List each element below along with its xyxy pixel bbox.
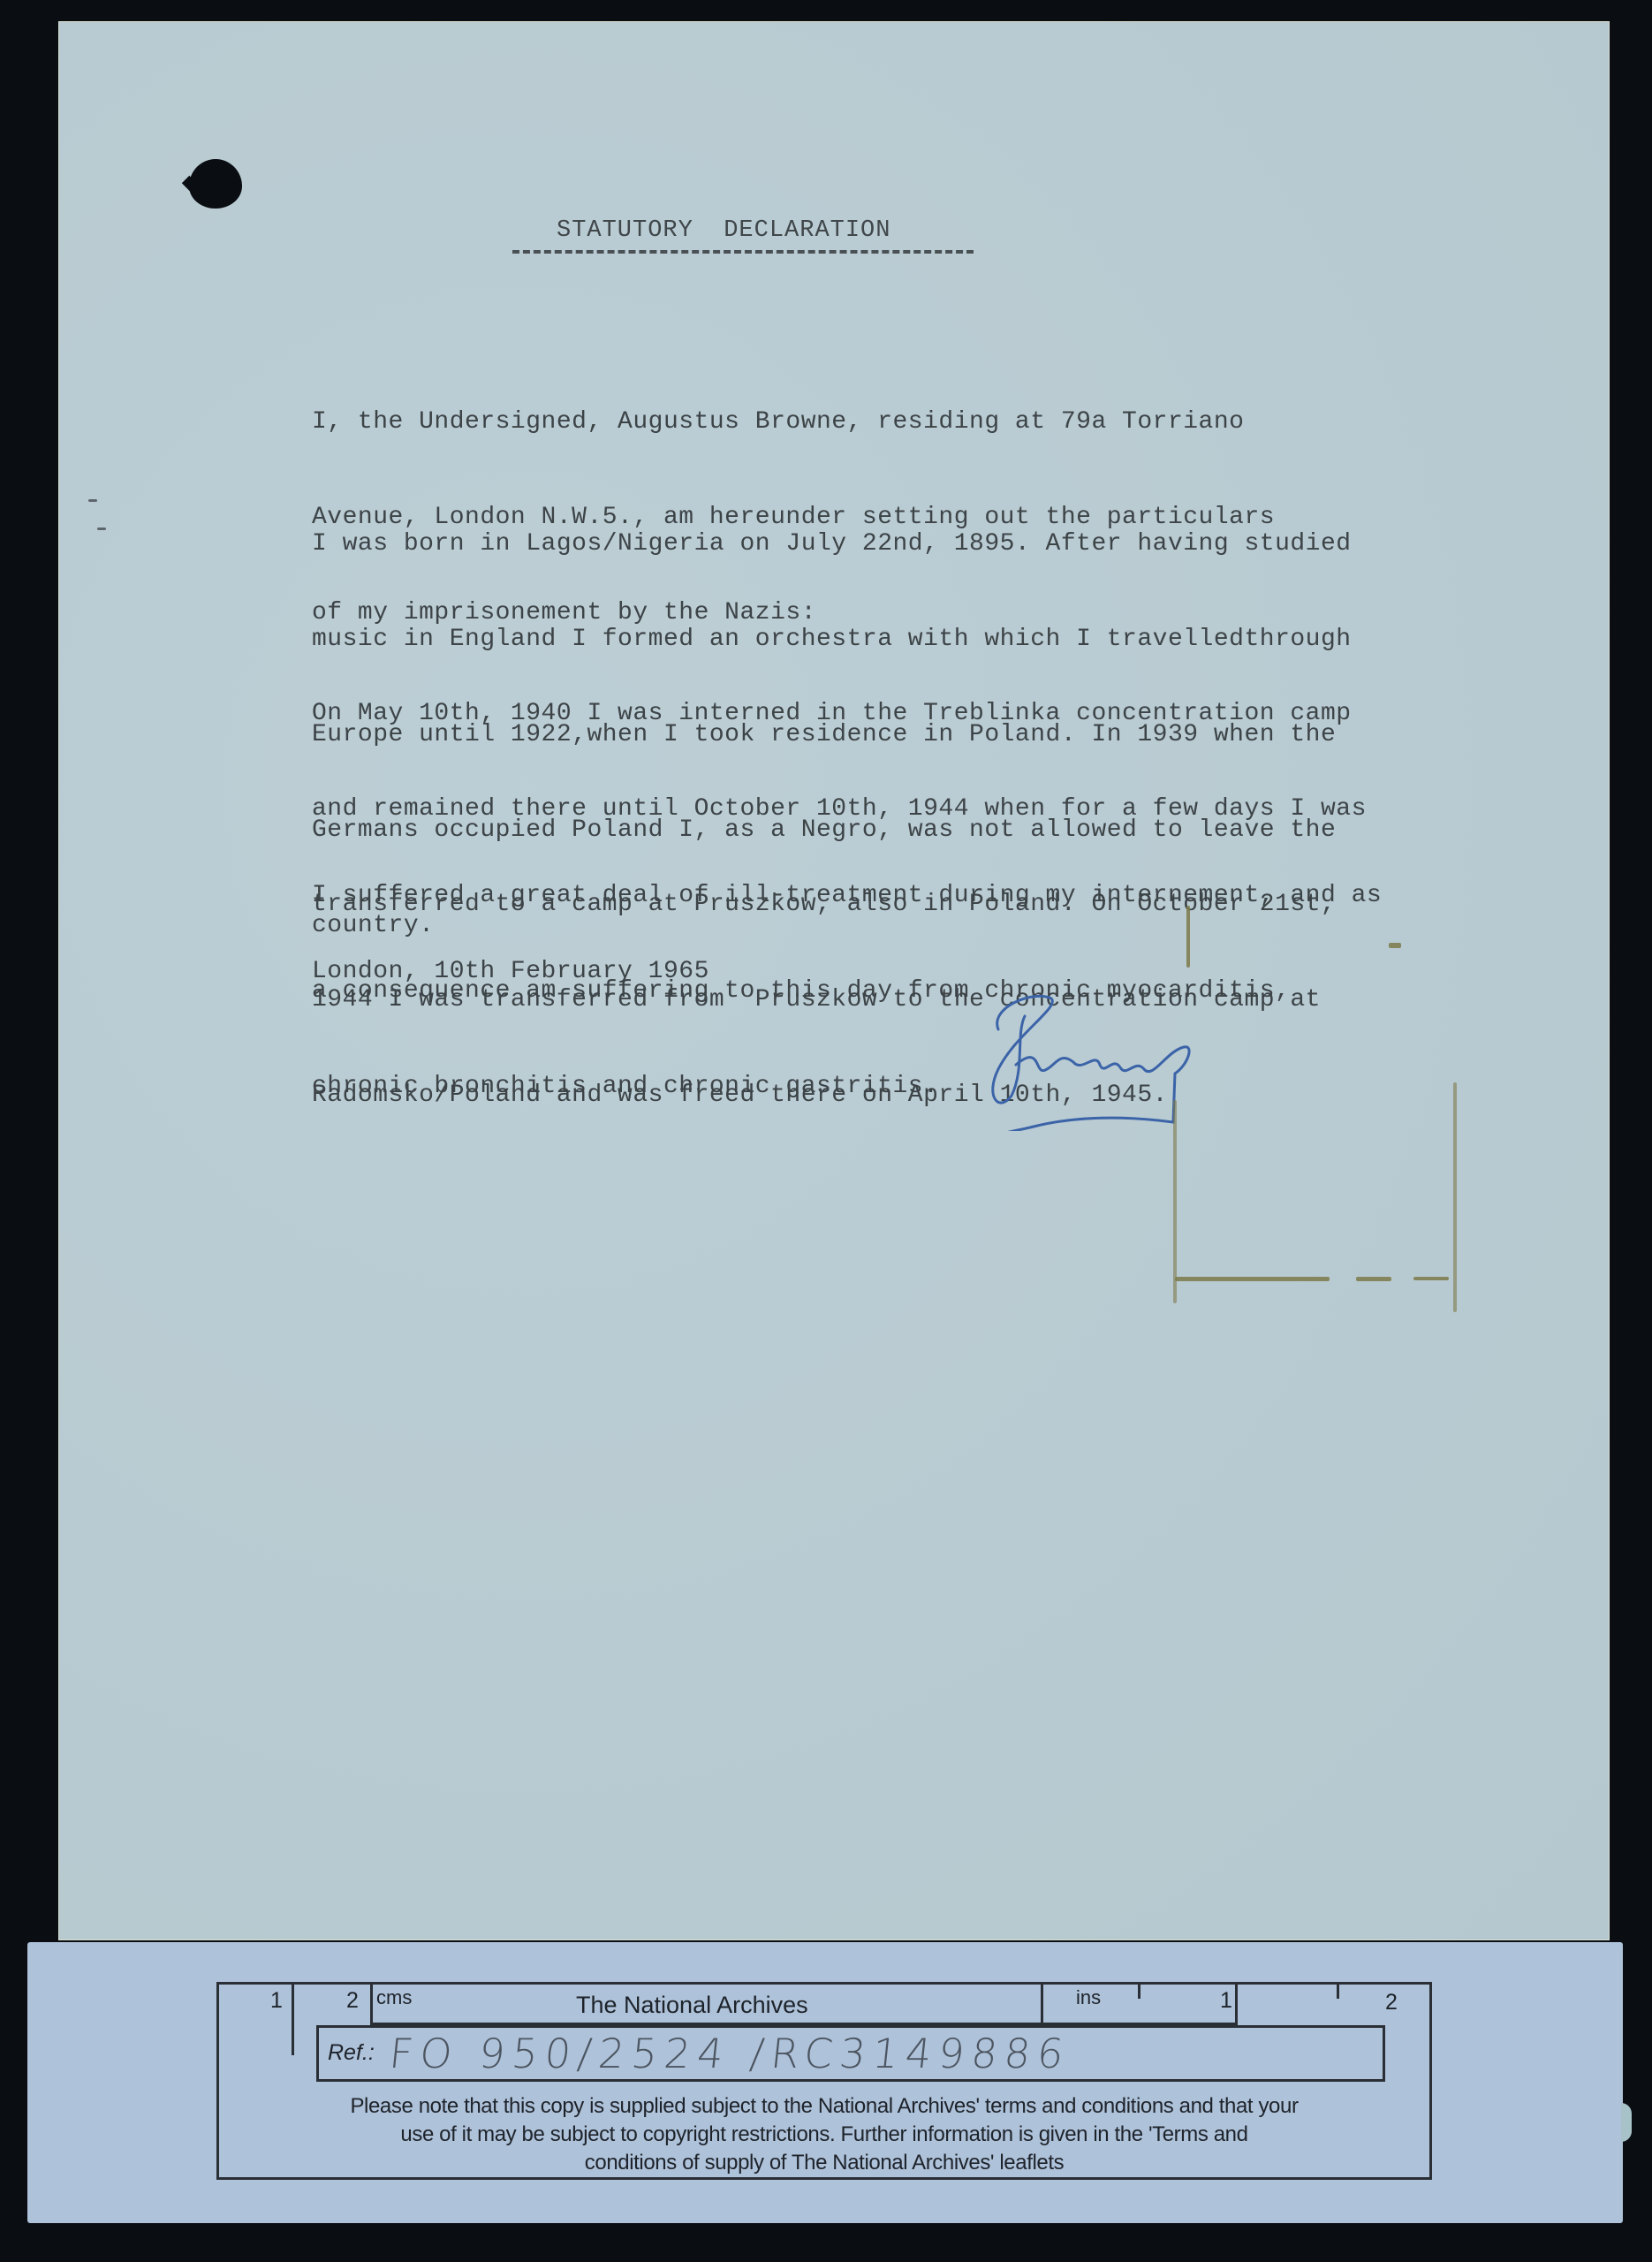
stain-mark: [1356, 1277, 1391, 1281]
ref-label: Ref.:: [328, 2040, 375, 2066]
stain-mark: [1175, 1277, 1330, 1281]
signature: [963, 981, 1246, 1131]
text-line: I was born in Lagos/Nigeria on July 22nd…: [312, 528, 1352, 560]
margin-mark: [88, 499, 97, 502]
institution-name: The National Archives: [576, 1992, 808, 2019]
stain-mark: [1389, 943, 1401, 948]
title-underline: [512, 250, 974, 254]
cm-scale-2: 2: [346, 1988, 359, 2014]
scale-tick: [1337, 1985, 1339, 1999]
ref-value: FO 950/2524 /RC3149886: [387, 2030, 1072, 2077]
document-title: STATUTORY DECLARATION: [557, 217, 890, 244]
margin-mark: [97, 528, 106, 530]
stain-mark: [1186, 906, 1190, 968]
text-line: I suffered a great deal of ill-treatment…: [312, 880, 1382, 912]
stain-mark: [1413, 1277, 1449, 1280]
cm-scale-1: 1: [270, 1988, 283, 2014]
column-divider: [1235, 1985, 1238, 2025]
stain-mark: [1453, 1082, 1457, 1312]
text-line: On May 10th, 1940 I was interned in the …: [312, 698, 1367, 730]
notice-line: Please note that this copy is supplied s…: [219, 2092, 1429, 2121]
strip-tab: [1621, 2103, 1632, 2142]
scale-tick: [292, 1985, 294, 2055]
place-date: London, 10th February 1965: [312, 956, 709, 988]
notice-line: conditions of supply of The National Arc…: [219, 2149, 1429, 2177]
scale-tick: [1138, 1985, 1140, 1999]
ins-label: ins: [1076, 1986, 1101, 2009]
text-line: I, the Undersigned, Augustus Browne, res…: [312, 406, 1275, 438]
cm-label: cms: [376, 1986, 412, 2009]
column-divider: [1041, 1985, 1043, 2025]
copyright-notice: Please note that this copy is supplied s…: [219, 2092, 1429, 2177]
punch-hole: [189, 159, 242, 209]
scale-tick: [370, 1985, 373, 2025]
in-scale-2: 2: [1385, 1990, 1398, 2015]
stain-mark: [1173, 1100, 1177, 1303]
archive-label-box: 1 2 cms The National Archives ins 1 2 Re…: [216, 1982, 1432, 2180]
notice-line: use of it may be subject to copyright re…: [219, 2121, 1429, 2149]
in-scale-1: 1: [1220, 1988, 1232, 2014]
reference-field: Ref.: FO 950/2524 /RC3149886: [316, 2025, 1385, 2082]
